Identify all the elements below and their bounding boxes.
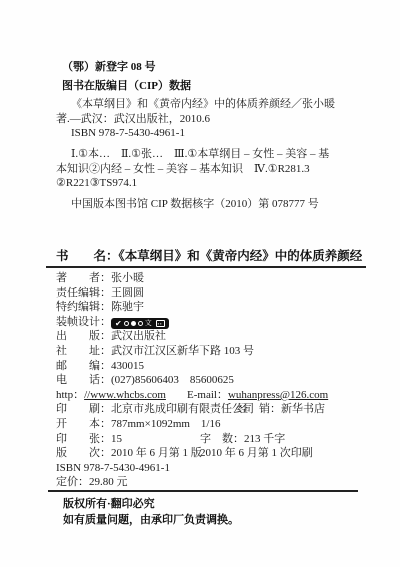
address-row: 社 址：武汉市江汉区新华下路 103 号: [56, 344, 372, 359]
sheets-value: 15: [111, 433, 122, 445]
registration-number-line: （鄂）新登字 08 号: [62, 60, 372, 75]
format-row: 开 本：787mm×1092mm 1/16: [56, 417, 372, 432]
email-block: E-mail：wuhanpress@126.com: [187, 388, 328, 403]
cip-class-line-3: ②R221③TS974.1: [56, 176, 372, 191]
footer-notices: 版权所有·翻印必究 如有质量问题，由承印厂负责调换。: [63, 496, 239, 528]
website-url: //www.whcbs.com: [84, 389, 166, 401]
website-prefix: http：: [56, 389, 84, 401]
impression-value: 2010 年 6 月第 1 次印刷: [200, 446, 313, 461]
format-value: 787mm×1092mm 1/16: [111, 418, 220, 430]
editor-value: 王圆圆: [111, 287, 144, 299]
author-label: 著 者：: [56, 272, 111, 284]
solid-dot-icon: [131, 321, 136, 326]
edition-value: 2010 年 6 月第 1 版: [111, 447, 202, 459]
distributor-block: 经 销：新华书店: [237, 402, 325, 417]
book-name-label: 书 名：: [56, 249, 119, 263]
special-editor-label: 特约编辑：: [56, 301, 111, 313]
sheets-label: 印 张：: [56, 433, 111, 445]
author-value: 张小暖: [111, 272, 144, 284]
printer-row: 印 刷：北京市兆成印刷有限责任公司 经 销：新华书店: [56, 402, 372, 417]
postcode-value: 430015: [111, 360, 144, 372]
special-editor-value: 陈驰宇: [111, 301, 144, 313]
cip-header: 图书在版编目（CIP）数据: [62, 79, 372, 94]
design-label: 装帧设计：: [56, 316, 111, 328]
email-label: E-mail：: [187, 389, 228, 401]
address-label: 社 址：: [56, 345, 111, 357]
special-editor-row: 特约编辑：陈驰宇: [56, 300, 372, 315]
cip-publisher-line: 著.—武汉：武汉出版社，2010.6: [56, 112, 372, 127]
sheets-row: 印 张：15 字 数：213 千字: [56, 432, 372, 447]
publisher-row: 出 版：武汉出版社: [56, 329, 372, 344]
cip-classification: Ⅰ.①本… Ⅱ.①张… Ⅲ.①本草纲目 – 女性 – 美容 – 基 本知识②内经…: [56, 147, 372, 191]
postcode-label: 邮 编：: [56, 360, 111, 372]
book-copyright-page: （鄂）新登字 08 号 图书在版编目（CIP）数据 《本草纲目》和《黄帝内经》中…: [0, 0, 400, 567]
email-address: wuhanpress@126.com: [228, 389, 328, 401]
cip-class-line-2: 本知识②内经 – 女性 – 美容 – 基本知识 Ⅳ.①R281.3: [56, 162, 372, 177]
book-name-row: 书 名：《本草纲目》和《黄帝内经》中的体质养颜经: [56, 246, 376, 264]
postcode-row: 邮 编：430015: [56, 359, 372, 374]
ring-dot-icon: [124, 321, 129, 326]
phone-label: 电 话：: [56, 374, 111, 386]
book-name-value: 《本草纲目》和《黄帝内经》中的体质养颜经: [119, 249, 363, 263]
wordcount-value: 213 千字: [244, 433, 285, 445]
printer-value: 北京市兆成印刷有限责任公司: [111, 403, 254, 415]
isbn-value: ISBN 978-7-5430-4961-1: [56, 462, 170, 474]
edition-label: 版 次：: [56, 447, 111, 459]
cip-entry: 《本草纲目》和《黄帝内经》中的体质养颜经／张小暖 著.—武汉：武汉出版社，201…: [56, 97, 372, 141]
logo-character: 文: [145, 318, 152, 329]
publisher-label: 出 版：: [56, 330, 111, 342]
format-label: 开 本：: [56, 418, 111, 430]
ring-dot-icon: [138, 321, 143, 326]
divider-bottom: [48, 490, 358, 492]
address-value: 武汉市江汉区新华下路 103 号: [111, 345, 254, 357]
editor-label: 责任编辑：: [56, 287, 111, 299]
cip-section: （鄂）新登字 08 号 图书在版编目（CIP）数据 《本草纲目》和《黄帝内经》中…: [56, 60, 372, 211]
wordcount-block: 字 数：213 千字: [200, 432, 285, 447]
cip-record-number-line: 中国版本图书馆 CIP 数据核字（2010）第 078777 号: [56, 197, 372, 212]
web-email-row: http：//www.whcbs.com E-mail：wuhanpress@1…: [56, 388, 372, 403]
distributor-value: 新华书店: [281, 403, 325, 415]
cip-title-line: 《本草纲目》和《黄帝内经》中的体质养颜经／张小暖: [56, 97, 372, 112]
quality-notice: 如有质量问题，由承印厂负责调换。: [63, 512, 239, 528]
publication-info: 著 者：张小暖 责任编辑：王圆圆 特约编辑：陈驰宇 装帧设计：✔文▪▪ 出 版：…: [56, 271, 372, 490]
cip-class-line-1: Ⅰ.①本… Ⅱ.①张… Ⅲ.①本草纲目 – 女性 – 美容 – 基: [56, 147, 372, 162]
wordcount-label: 字 数：: [200, 433, 244, 445]
isbn-row: ISBN 978-7-5430-4961-1: [56, 461, 372, 476]
design-row: 装帧设计：✔文▪▪: [56, 315, 372, 330]
publisher-value: 武汉出版社: [111, 330, 166, 342]
editor-row: 责任编辑：王圆圆: [56, 286, 372, 301]
price-value: 29.80 元: [89, 476, 128, 488]
printer-label: 印 刷：: [56, 403, 111, 415]
phone-value: (027)85606403 85600625: [111, 374, 234, 386]
phone-row: 电 话：(027)85606403 85600625: [56, 373, 372, 388]
cip-isbn-line: ISBN 978-7-5430-4961-1: [56, 126, 372, 141]
edition-row: 版 次：2010 年 6 月第 1 版 2010 年 6 月第 1 次印刷: [56, 446, 372, 461]
design-studio-logo-icon: ✔文▪▪: [111, 318, 169, 329]
logo-tag-box-icon: ▪▪: [156, 320, 165, 327]
divider-top: [46, 266, 366, 268]
check-icon: ✔: [115, 318, 122, 329]
author-row: 著 者：张小暖: [56, 271, 372, 286]
price-label: 定价：: [56, 476, 89, 488]
distributor-label: 经 销：: [237, 403, 281, 415]
copyright-notice: 版权所有·翻印必究: [63, 496, 239, 512]
price-row: 定价：29.80 元: [56, 475, 372, 490]
